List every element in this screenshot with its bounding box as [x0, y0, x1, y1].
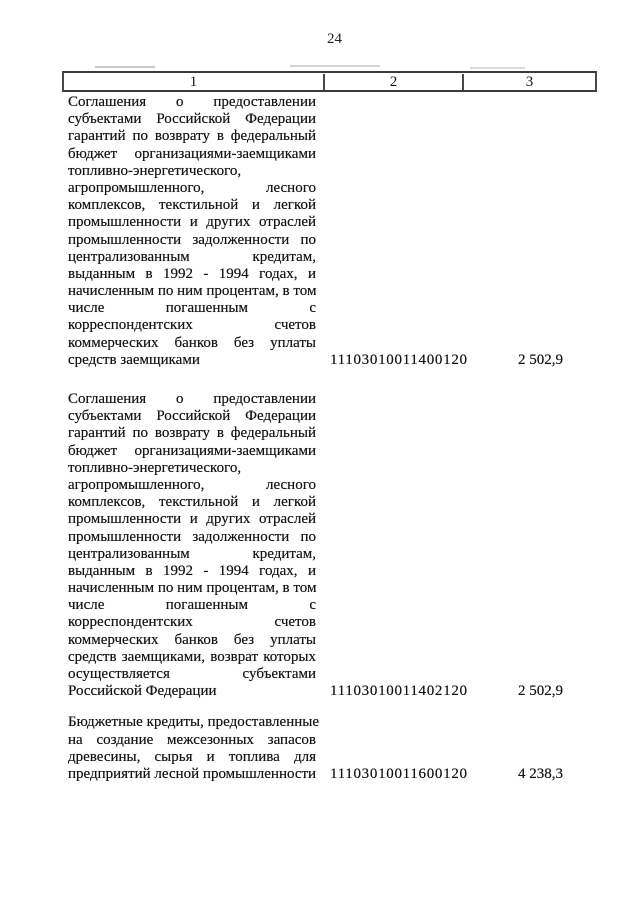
- budget-classification-code: 11103010011600120: [330, 766, 468, 783]
- description-line: промышленности и других отраслей: [68, 511, 316, 528]
- column-header-1: 1: [64, 74, 323, 90]
- description-line: выданным в 1992 - 1994 годах, и: [68, 266, 316, 283]
- description-line: комплексов, текстильной и легкой: [68, 494, 316, 511]
- description-line: коммерческих банков без уплаты: [68, 335, 316, 352]
- description-line: Бюджетные кредиты, предоставленные: [68, 714, 316, 731]
- row-description: Соглашения о предоставлениисубъектами Ро…: [68, 391, 316, 700]
- scan-artifact: [470, 67, 525, 69]
- scan-artifact: [95, 66, 155, 68]
- table-body: Соглашения о предоставлениисубъектами Ро…: [62, 94, 597, 783]
- description-line: топливно-энергетического,: [68, 460, 316, 477]
- description-line: Российской Федерации: [68, 683, 316, 700]
- budget-classification-code: 11103010011402120: [330, 683, 468, 700]
- scan-artifact: [290, 65, 380, 67]
- description-line: бюджет организациями-заемщиками: [68, 146, 316, 163]
- description-line: числе погашенным с: [68, 300, 316, 317]
- description-line: средств заемщиками: [68, 352, 316, 369]
- description-line: средств заемщиками, возврат которых: [68, 649, 316, 666]
- description-line: корреспондентских счетов: [68, 317, 316, 334]
- description-line: Соглашения о предоставлении: [68, 391, 316, 408]
- description-line: осуществляется субъектами: [68, 666, 316, 683]
- description-line: гарантий по возврату в федеральный: [68, 425, 316, 442]
- description-line: начисленным по ним процентам, в том: [68, 283, 316, 300]
- description-line: топливно-энергетического,: [68, 163, 316, 180]
- document-page: 24 1 2 3 Соглашения о предоставлениисубъ…: [0, 0, 640, 900]
- description-line: промышленности задолженности по: [68, 232, 316, 249]
- description-line: древесины, сырья и топлива для: [68, 749, 316, 766]
- description-line: начисленным по ним процентам, в том: [68, 580, 316, 597]
- description-line: централизованным кредитам,: [68, 249, 316, 266]
- description-line: Соглашения о предоставлении: [68, 94, 316, 111]
- amount-value: 2 502,9: [518, 352, 563, 369]
- description-line: агропромышленного, лесного: [68, 477, 316, 494]
- row-description: Соглашения о предоставлениисубъектами Ро…: [68, 94, 316, 369]
- description-line: субъектами Российской Федерации: [68, 408, 316, 425]
- description-line: агропромышленного, лесного: [68, 180, 316, 197]
- description-line: бюджет организациями-заемщиками: [68, 443, 316, 460]
- description-line: коммерческих банков без уплаты: [68, 632, 316, 649]
- table-row: Соглашения о предоставлениисубъектами Ро…: [62, 94, 597, 369]
- description-line: промышленности и других отраслей: [68, 214, 316, 231]
- budget-classification-code: 11103010011400120: [330, 352, 468, 369]
- column-header-2: 2: [323, 74, 464, 90]
- description-line: комплексов, текстильной и легкой: [68, 197, 316, 214]
- description-line: промышленности задолженности по: [68, 529, 316, 546]
- table-row: Соглашения о предоставлениисубъектами Ро…: [62, 391, 597, 700]
- description-line: на создание межсезонных запасов: [68, 732, 316, 749]
- description-line: гарантий по возврату в федеральный: [68, 128, 316, 145]
- amount-value: 4 238,3: [518, 766, 563, 783]
- description-line: предприятий лесной промышленности: [68, 766, 316, 783]
- page-number: 24: [327, 31, 342, 48]
- amount-value: 2 502,9: [518, 683, 563, 700]
- column-header-3: 3: [464, 74, 595, 90]
- table-header-row: 1 2 3: [62, 71, 597, 92]
- description-line: централизованным кредитам,: [68, 546, 316, 563]
- description-line: корреспондентских счетов: [68, 614, 316, 631]
- description-line: числе погашенным с: [68, 597, 316, 614]
- description-line: выданным в 1992 - 1994 годах, и: [68, 563, 316, 580]
- row-description: Бюджетные кредиты, предоставленныена соз…: [68, 714, 316, 783]
- description-line: субъектами Российской Федерации: [68, 111, 316, 128]
- budget-table: 1 2 3 Соглашения о предоставлениисубъект…: [62, 71, 597, 783]
- table-row: Бюджетные кредиты, предоставленныена соз…: [62, 714, 597, 783]
